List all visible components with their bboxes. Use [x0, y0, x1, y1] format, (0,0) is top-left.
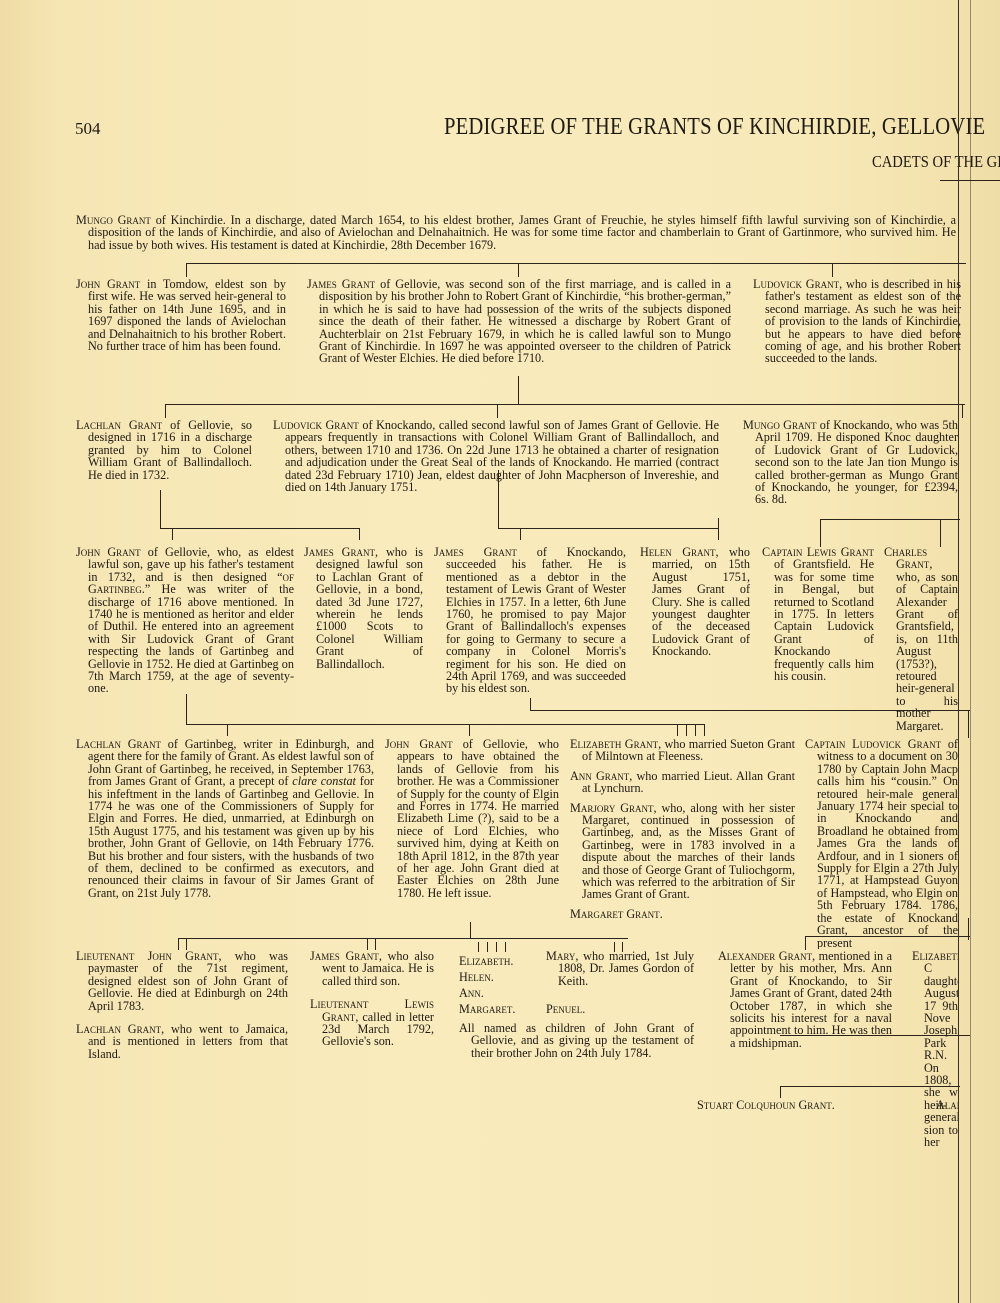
person-text: , who married, on 15th August 1751, Jame… [652, 545, 750, 658]
entry-elizabeth-grant: Elizabeth Grant, who married Sueton Gran… [570, 738, 795, 763]
entry-james-grant-lawful-son: James Grant, who is designed lawful son … [304, 546, 423, 670]
note-text: All named as children of John Grant of G… [459, 1022, 694, 1059]
page-subtitle: CADETS OF THE GRANTS [872, 152, 1000, 172]
entry-stuart-colquhoun-grant: Stuart Colquhoun Grant. [697, 1099, 897, 1111]
tree-connector [805, 936, 970, 937]
tree-connector [498, 528, 718, 529]
entry-charles-grant: Charles Grant, who, as son of Captain Al… [884, 546, 958, 732]
tree-connector [497, 404, 498, 418]
person-name: Charles Grant [884, 546, 929, 571]
entry-elizabeth-c: Elizabeth C daughter, August 17 9th Nove… [912, 950, 958, 1149]
page-title: PEDIGREE OF THE GRANTS OF KINCHIRDIE, GE… [444, 114, 985, 141]
person-text: , who married, 1st July 1808, Dr. James … [558, 949, 694, 988]
tree-connector [165, 404, 166, 418]
entry-helen-grant: Helen Grant, who married, on 15th August… [640, 546, 750, 658]
person-name: Margaret Grant [570, 907, 660, 921]
gen5-left-column: Lieutenant John Grant, who was paymaster… [76, 950, 288, 1060]
tree-connector [805, 936, 806, 950]
tree-connector [496, 942, 497, 952]
tree-connector [780, 1086, 781, 1098]
entry-helen: Helen. [459, 969, 539, 985]
person-text: of Gellovie, was second son of the first… [319, 277, 731, 365]
tree-connector [832, 263, 833, 277]
entry-john-grant-gellovie-2: John Grant of Gellovie, who appears to h… [385, 738, 559, 899]
entry-ludovick-grant: Ludovick Grant, who is described in his … [753, 278, 961, 365]
tree-connector [718, 518, 719, 540]
tree-connector [530, 710, 970, 711]
tree-connector [470, 922, 471, 938]
entry-john-grant-gellovie-gartinbeg: John Grant of Gellovie, who, as eldest l… [76, 546, 294, 695]
person-text: . [660, 907, 663, 921]
tree-connector [704, 724, 705, 736]
entry-captain-ludovick-grant: Captain Ludovick Grant of witness to a d… [805, 738, 958, 949]
tree-connector [940, 180, 1000, 181]
person-text: of Knockando, who was 5th April 1709. He… [755, 419, 958, 506]
entry-margaret-grant: Margaret Grant. [570, 908, 795, 920]
entry-captain-lewis-grant: Captain Lewis Grant of Grantsfield. He w… [762, 546, 874, 682]
entry-margaret: Margaret. [459, 1001, 539, 1017]
person-text: of witness to a document on 30 1780 by C… [817, 738, 958, 949]
tree-connector [780, 1086, 960, 1087]
tree-connector [686, 724, 687, 736]
tree-connector [172, 528, 173, 540]
tree-connector [820, 519, 960, 520]
entry-mary: Mary, who married, 1st July 1808, Dr. Ja… [546, 950, 694, 987]
tree-connector [518, 376, 519, 404]
tree-connector [530, 698, 531, 710]
entry-john-grant-tomdow: John Grant in Tomdow, eldest son by firs… [76, 278, 286, 352]
entry-penuel: Penuel. [546, 1003, 646, 1015]
entry-lieutenant-john-grant: Lieutenant John Grant, who was paymaster… [76, 950, 288, 1012]
person-text: , who, as son of Captain Alexander Grant… [896, 557, 958, 732]
person-text: daughter, August 17 9th Nove Joseph Park… [924, 974, 958, 1149]
page-fold-line-secondary [970, 0, 971, 1303]
daughters-list: Elizabeth. Helen. Ann. Margaret. [459, 953, 539, 1017]
person-text: , who is designed lawful son to Lachlan … [316, 545, 423, 671]
entry-james-grant-jamaica: James Grant, who also went to Jamaica. H… [310, 950, 434, 987]
entry-lachlan-grant-gartinbeg: Lachlan Grant of Gartinbeg, writer in Ed… [76, 738, 374, 899]
tree-connector [160, 490, 161, 528]
tree-connector [498, 470, 499, 528]
tree-connector [677, 724, 678, 736]
tree-connector [518, 263, 519, 277]
page-number: 504 [75, 119, 101, 139]
entry-alan-co: Alan Co [936, 1099, 958, 1111]
tree-connector [165, 404, 965, 405]
tree-connector [186, 263, 187, 277]
gen5-second-column: James Grant, who also went to Jamaica. H… [310, 950, 434, 1048]
page-fold-line [958, 0, 959, 1303]
person-text: for his infeftment in the lands of Garti… [88, 774, 374, 900]
entry-james-grant-knockando: James Grant of Knockando, succeeded his … [434, 546, 626, 695]
entry-ann: Ann. [459, 985, 539, 1001]
tree-connector [160, 528, 360, 529]
entry-james-grant-gellovie: James Grant of Gellovie, was second son … [307, 278, 731, 365]
person-text: , who, along with her sister Margaret, c… [582, 801, 795, 902]
entry-lachlan-grant-jamaica: Lachlan Grant, who went to Jamaica, and … [76, 1023, 288, 1060]
tree-connector [968, 710, 969, 738]
tree-connector [487, 942, 488, 952]
entry-ann-grant: Ann Grant, who married Lieut. Allan Gran… [570, 770, 795, 795]
entry-elizabeth: Elizabeth. [459, 953, 539, 969]
tree-connector [469, 724, 470, 736]
tree-connector [820, 519, 821, 547]
tree-connector [478, 942, 479, 952]
entry-mungo-grant-kinchirdie: Mungo Grant of Kinchirdie. In a discharg… [76, 214, 956, 251]
tree-connector [940, 519, 941, 547]
tree-connector [520, 528, 521, 540]
entry-marjory-grant: Marjory Grant, who, along with her siste… [570, 802, 795, 901]
tree-connector [359, 528, 360, 540]
person-name: Elizabeth C [912, 950, 958, 975]
person-text: of Knockando, succeeded his father. He i… [446, 545, 626, 695]
tree-connector [186, 724, 506, 725]
tree-connector [780, 1035, 970, 1036]
tree-connector [227, 724, 228, 736]
tree-connector [465, 726, 466, 736]
tree-connector [506, 724, 704, 725]
person-text: of Gellovie, who appears to have obtaine… [397, 737, 559, 900]
entry-lachlan-grant-gellovie: Lachlan Grant of Gellovie, so designed i… [76, 419, 252, 481]
entry-mungo-grant-knockando: Mungo Grant of Knockando, who was 5th Ap… [743, 419, 958, 506]
person-text: of Kinchirdie. In a discharge, dated Mar… [88, 213, 956, 252]
note-all-named-children: All named as children of John Grant of G… [459, 1022, 694, 1059]
person-text: of Grantsfield. He was for some time in … [774, 557, 874, 683]
person-text: , who is described in his father's testa… [765, 277, 961, 365]
tree-connector [186, 263, 966, 264]
tree-connector [695, 724, 696, 736]
entry-lieutenant-lewis-grant: Lieutenant Lewis Grant, called in letter… [310, 998, 434, 1048]
tree-connector [962, 404, 963, 418]
tree-connector [505, 942, 506, 952]
person-text: .” He was writer of the discharge of 171… [88, 582, 294, 695]
tree-connector [178, 938, 628, 939]
tree-connector [186, 694, 187, 724]
entry-ludovick-grant-knockando: Ludovick Grant of Knockando, called seco… [273, 419, 719, 493]
sisters-list: Elizabeth Grant, who married Sueton Gran… [570, 738, 795, 920]
